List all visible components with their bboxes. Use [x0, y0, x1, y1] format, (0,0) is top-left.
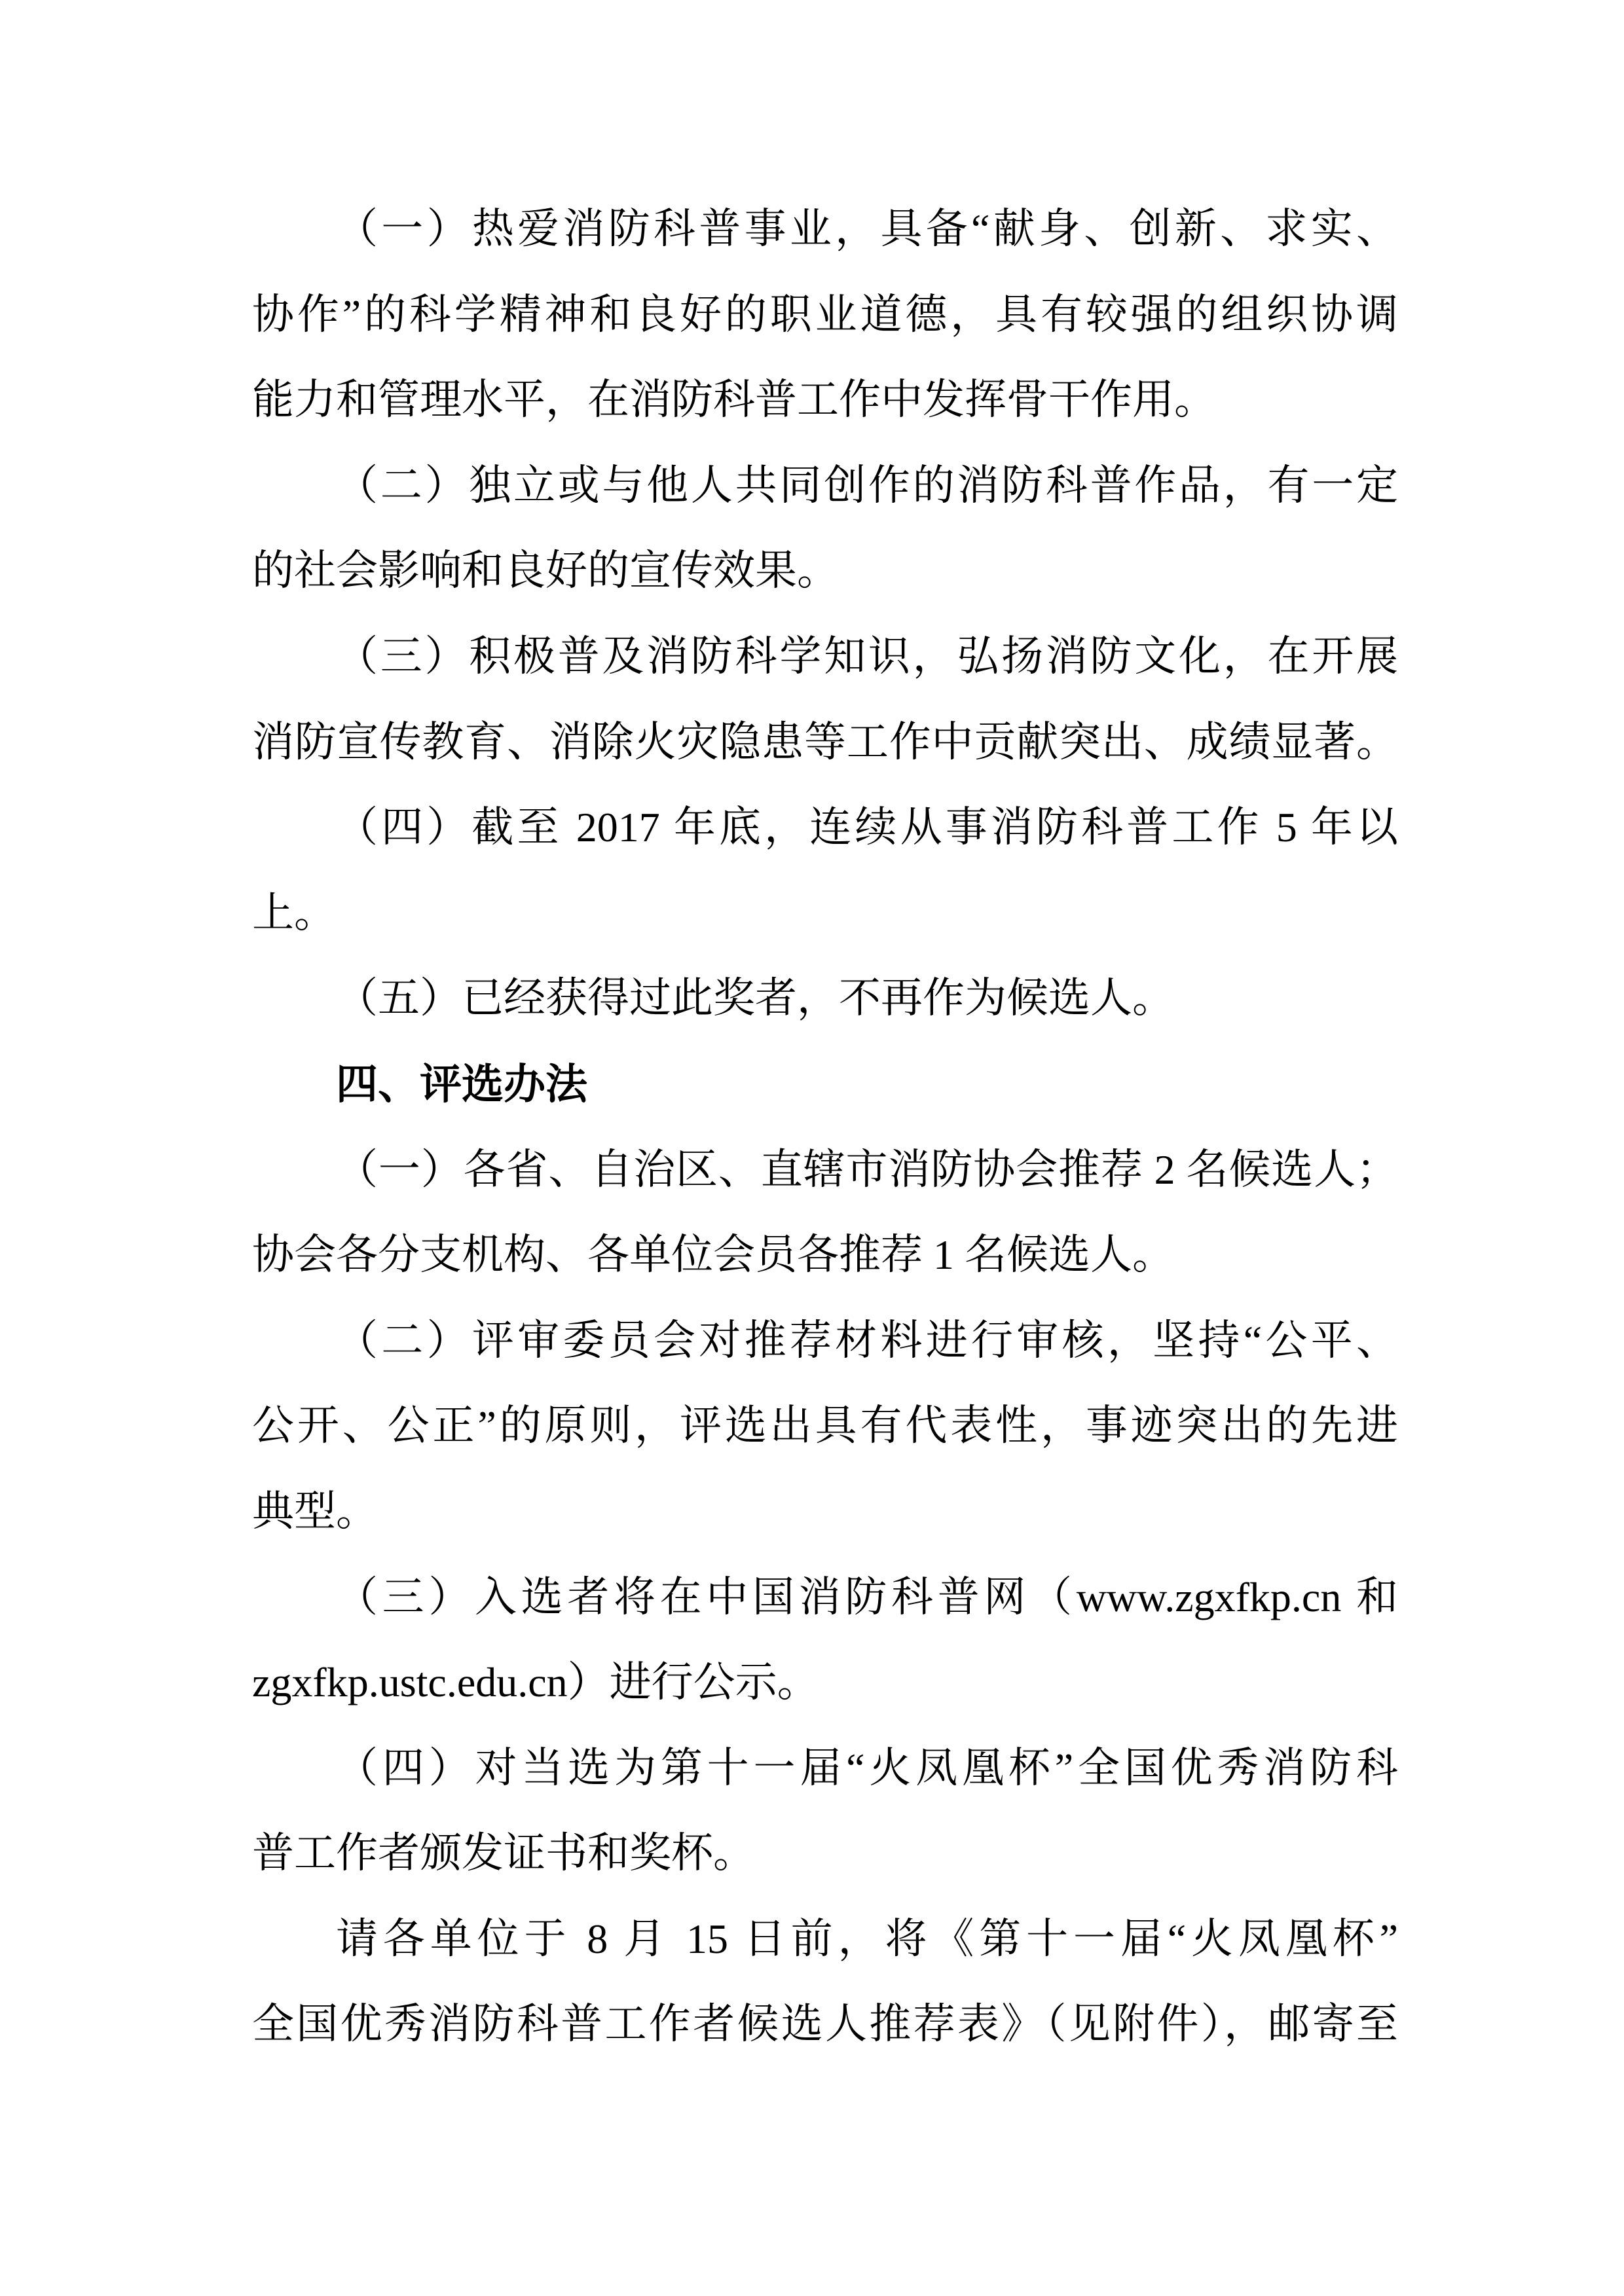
text-line: 协作”的科学精神和良好的职业道德，具有较强的组织协调 [252, 272, 1398, 358]
text-line: 普工作者颁发证书和奖杯。 [252, 1811, 1398, 1897]
text-line: 全国优秀消防科普工作者候选人推荐表》（见附件），邮寄至 [252, 1982, 1398, 2068]
text-line: 能力和管理水平，在消防科普工作中发挥骨干作用。 [252, 357, 1398, 443]
text-line: （一）各省、自治区、直辖市消防协会推荐 2 名候选人； [252, 1127, 1398, 1213]
document-page: { "page": { "background_color": "#ffffff… [0, 0, 1624, 2296]
text-line: 协会各分支机构、各单位会员各推荐 1 名候选人。 [252, 1212, 1398, 1298]
text-line: 的社会影响和良好的宣传效果。 [252, 528, 1398, 614]
text-line: （三）入选者将在中国消防科普网（www.zgxfkp.cn 和 [252, 1555, 1398, 1641]
text-line: （四）对当选为第十一届“火凤凰杯”全国优秀消防科 [252, 1726, 1398, 1812]
document-sheet: （一）热爱消防科普事业，具备“献身、创新、求实、协作”的科学精神和良好的职业道德… [0, 0, 1624, 2296]
text-line: （五）已经获得过此奖者，不再作为候选人。 [252, 956, 1398, 1042]
text-line: 消防宣传教育、消除火灾隐患等工作中贡献突出、成绩显著。 [252, 700, 1398, 786]
text-line: （三）积极普及消防科学知识，弘扬消防文化，在开展 [252, 614, 1398, 700]
text-line: 公开、公正”的原则，评选出具有代表性，事迹突出的先进 [252, 1383, 1398, 1469]
text-line: zgxfkp.ustc.edu.cn）进行公示。 [252, 1640, 1398, 1726]
section-heading-line: 四、评选办法 [252, 1042, 1398, 1127]
text-line: 典型。 [252, 1469, 1398, 1555]
text-line: 请各单位于 8 月 15 日前，将《第十一届“火凤凰杯” [252, 1897, 1398, 1982]
text-line: 上。 [252, 871, 1398, 957]
document-text-block: （一）热爱消防科普事业，具备“献身、创新、求实、协作”的科学精神和良好的职业道德… [252, 187, 1398, 2068]
text-line: （二）评审委员会对推荐材料进行审核，坚持“公平、 [252, 1298, 1398, 1384]
text-line: （一）热爱消防科普事业，具备“献身、创新、求实、 [252, 187, 1398, 272]
text-line: （四）截至 2017 年底，连续从事消防科普工作 5 年以 [252, 785, 1398, 871]
text-line: （二）独立或与他人共同创作的消防科普作品，有一定 [252, 443, 1398, 529]
